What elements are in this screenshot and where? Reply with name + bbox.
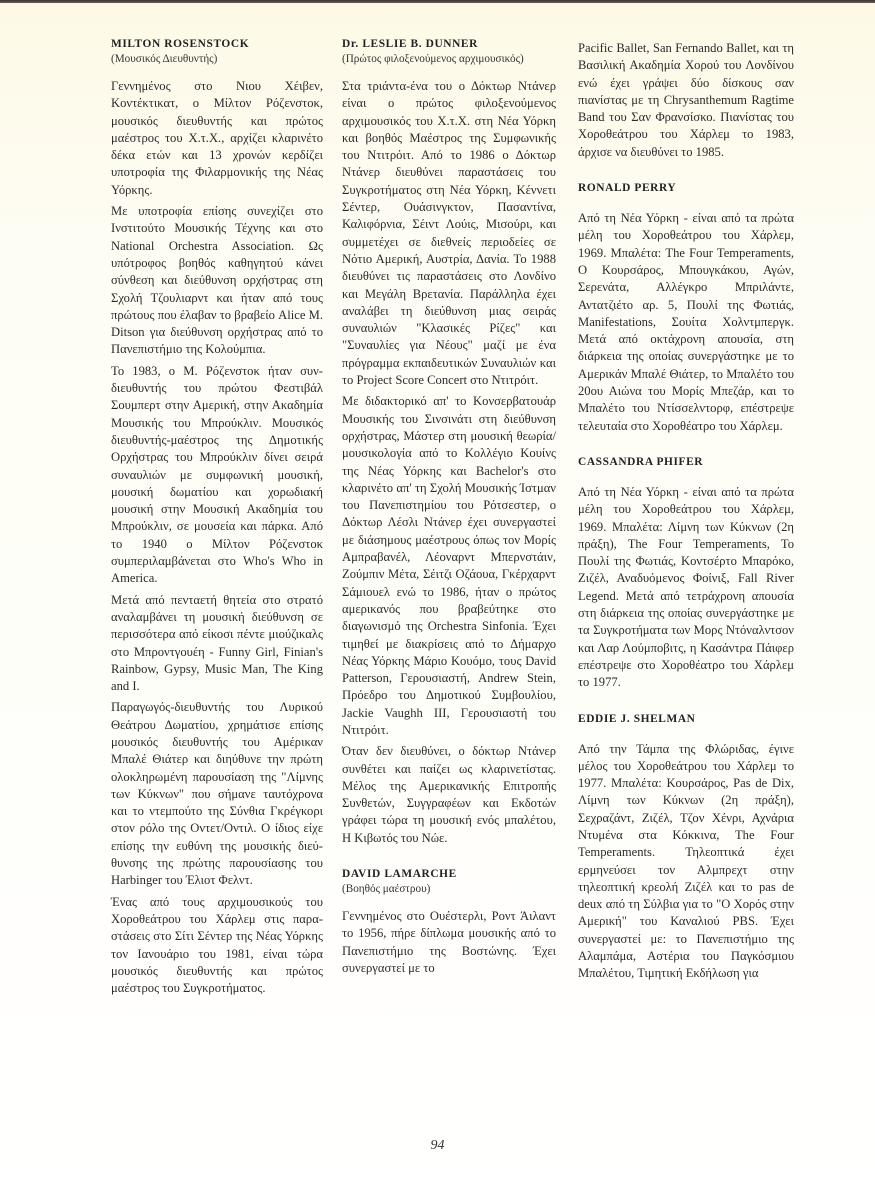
bio-paragraph: Όταν δεν διευθύνει, ο δόκτωρ Ντάνερ συνθ…	[342, 743, 556, 847]
column-1: MILTON ROSENSTOCK (Μουσικός Διευθυντής) …	[111, 37, 323, 1017]
bio-paragraph: Γεννημένος στο Νιου Χέιβεν, Κοντέκτικατ,…	[111, 78, 323, 199]
bio-role: (Μουσικός Διευθυντής)	[111, 52, 323, 66]
bio-paragraph: Με υποτροφία επίσης συνεχίζει στο Ινστιτ…	[111, 203, 323, 359]
bio-paragraph: Pacific Ballet, San Fernando Ballet, και…	[578, 40, 794, 161]
bio-name: Dr. LESLIE B. DUNNER	[342, 37, 556, 52]
bio-paragraph: Από τη Νέα Υόρκη - είναι από τα πρώτα μέ…	[578, 484, 794, 692]
bio-david-lamarche: DAVID LAMARCHE (Βοηθός μαέστρου) Γεννημέ…	[342, 867, 556, 977]
bio-paragraph: Ένας από τους αρχιμουσικούς του Χοροθεάτ…	[111, 894, 323, 998]
bio-eddie-shelman: EDDIE J. SHELMAN Από την Τάμπα της Φλώρι…	[578, 712, 794, 983]
column-3: Pacific Ballet, San Fernando Ballet, και…	[578, 40, 794, 1003]
bio-role: (Πρώτος φιλοξενούμενος αρχιμουσικός)	[342, 52, 556, 66]
bio-paragraph: Μετά από πενταετή θητεία στο στρα­τό ανα…	[111, 592, 323, 696]
bio-david-lamarche-continued: Pacific Ballet, San Fernando Ballet, και…	[578, 40, 794, 161]
bio-cassandra-phifer: CASSANDRA PHIFER Από τη Νέα Υόρκη - είνα…	[578, 455, 794, 692]
bio-paragraph: Το 1983, ο Μ. Ρόζενστοκ ήταν συν­διευθυν…	[111, 363, 323, 588]
bio-name: MILTON ROSENSTOCK	[111, 37, 323, 52]
bio-role: (Βοηθός μαέστρου)	[342, 882, 556, 896]
column-2: Dr. LESLIE B. DUNNER (Πρώτος φιλοξενούμε…	[342, 37, 556, 997]
page-number: 94	[0, 1138, 875, 1154]
bio-name: EDDIE J. SHELMAN	[578, 712, 794, 727]
bio-paragraph: Από την Τάμπα της Φλώριδας, έγινε μέλος …	[578, 741, 794, 983]
bio-milton-rosenstock: MILTON ROSENSTOCK (Μουσικός Διευθυντής) …	[111, 37, 323, 997]
bio-name: RONALD PERRY	[578, 181, 794, 196]
bio-paragraph: Παραγωγός-διευθυντής του Λυρικού Θεάτρου…	[111, 699, 323, 889]
bio-paragraph: Γεννημένος στο Ουέστερλι, Ροντ Άιλαντ το…	[342, 908, 556, 977]
bio-paragraph: Στα τριάντα-ένα του ο Δόκτωρ Ντάνερ είνα…	[342, 78, 556, 389]
bio-name: CASSANDRA PHIFER	[578, 455, 794, 470]
bio-name: DAVID LAMARCHE	[342, 867, 556, 882]
bio-paragraph: Με διδακτορικό απ' το Κονσερ­βατουάρ Μου…	[342, 393, 556, 739]
bio-ronald-perry: RONALD PERRY Από τη Νέα Υόρκη - είναι απ…	[578, 181, 794, 435]
bio-paragraph: Από τη Νέα Υόρκη - είναι από τα πρώτα μέ…	[578, 210, 794, 435]
bio-leslie-dunner: Dr. LESLIE B. DUNNER (Πρώτος φιλοξενούμε…	[342, 37, 556, 847]
